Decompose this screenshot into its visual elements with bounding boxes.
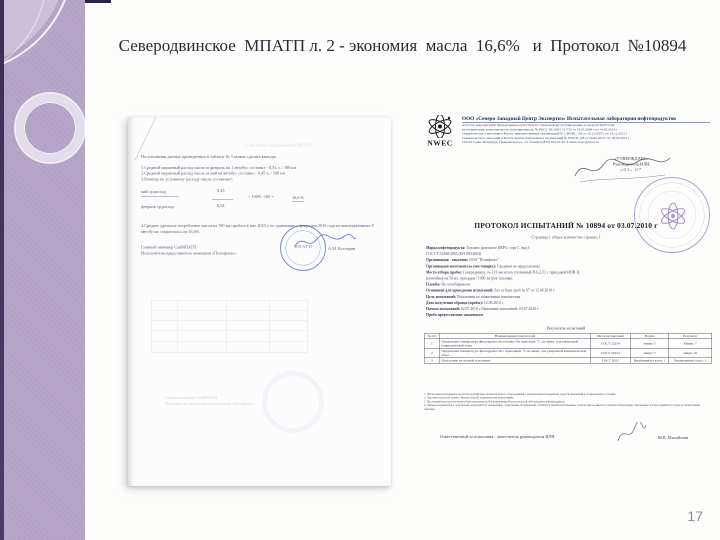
test-protocol-document: NWEC ООО «Северо-Западный Центр Эксперти… (420, 112, 712, 464)
faint-table-ghost (151, 300, 308, 353)
protocol-info: Марка нефтепродукта: Топливо дизельное Е… (426, 245, 708, 318)
results-table: № п/п Наименование показателей Метод исп… (424, 333, 712, 364)
nwec-logo: NWEC (422, 115, 458, 148)
slide-title: Северодвинское МПАТП л. 2 - экономия мас… (85, 36, 720, 56)
bleed-through-stamp (262, 371, 324, 433)
formula-denominator-value: 0,54 (217, 203, 224, 209)
page-number: 17 (687, 508, 703, 524)
sidebar-decoration (0, 0, 85, 540)
ghost-heading: по автобусам Северодвинского МПАТП (203, 143, 353, 148)
responsible-label: Ответственный за испытания - заместитель… (440, 434, 554, 439)
responsible-signature-scribble-icon (614, 422, 649, 445)
org-header: ООО «Северо-Западный Центр Экспертиз» Ис… (462, 116, 710, 145)
table-row: 3 Испытание на медной пластинке ГОСТ 632… (424, 358, 712, 364)
presentation-slide: Северодвинское МПАТП л. 2 - экономия мас… (0, 0, 720, 540)
atom-icon (426, 115, 454, 138)
sidebar-stripe (0, 0, 4, 540)
fraction-bar (212, 199, 233, 200)
formula-numerator-value: 0,45 (217, 188, 224, 194)
table-row: 2 Предельная температура фильтруемости с… (424, 348, 712, 358)
decorative-arc-icon (0, 0, 47, 82)
finding-line: 3.Разница по условному расходу масла сос… (141, 176, 379, 182)
accent-dash (85, 0, 111, 3)
protocol-title: ПРОТОКОЛ ИСПЫТАНИЙ № 10894 от 03.07.2010… (420, 222, 712, 231)
results-title: Результаты испытаний (420, 326, 712, 331)
formula-result: 16,6 % (292, 195, 304, 202)
formula-numerator-label: май ср.расход (141, 189, 179, 196)
org-title: ООО «Северо-Западный Центр Экспертиз» Ис… (462, 116, 710, 123)
signer-name: А.М. Костерин (328, 246, 355, 251)
decorative-ring-icon (16, 94, 84, 162)
protocol-subtitle: Страница 1 общее количество страниц 1 (420, 235, 712, 240)
formula-expression: × 100% -100 = (248, 194, 274, 200)
table-row: 1 Предельная температура фильтруемости т… (424, 339, 712, 349)
protocol-footnotes: 1. Испытания проводились на штатном комп… (424, 393, 707, 412)
logo-text: NWEC (422, 140, 458, 149)
scanned-letter-document: по автобусам Северодвинского МПАТП На ос… (128, 117, 391, 486)
formula-denominator-label: февраль ср.расход (141, 204, 174, 210)
letter-intro: На основании данных приведенных в таблиц… (141, 154, 379, 160)
responsible-name: М.В. Михайлова (658, 435, 688, 440)
laboratory-round-stamp-icon (634, 177, 710, 253)
oil-economy-formula: май ср.расход 0,45 февраль ср.расход 0,5… (141, 188, 379, 218)
